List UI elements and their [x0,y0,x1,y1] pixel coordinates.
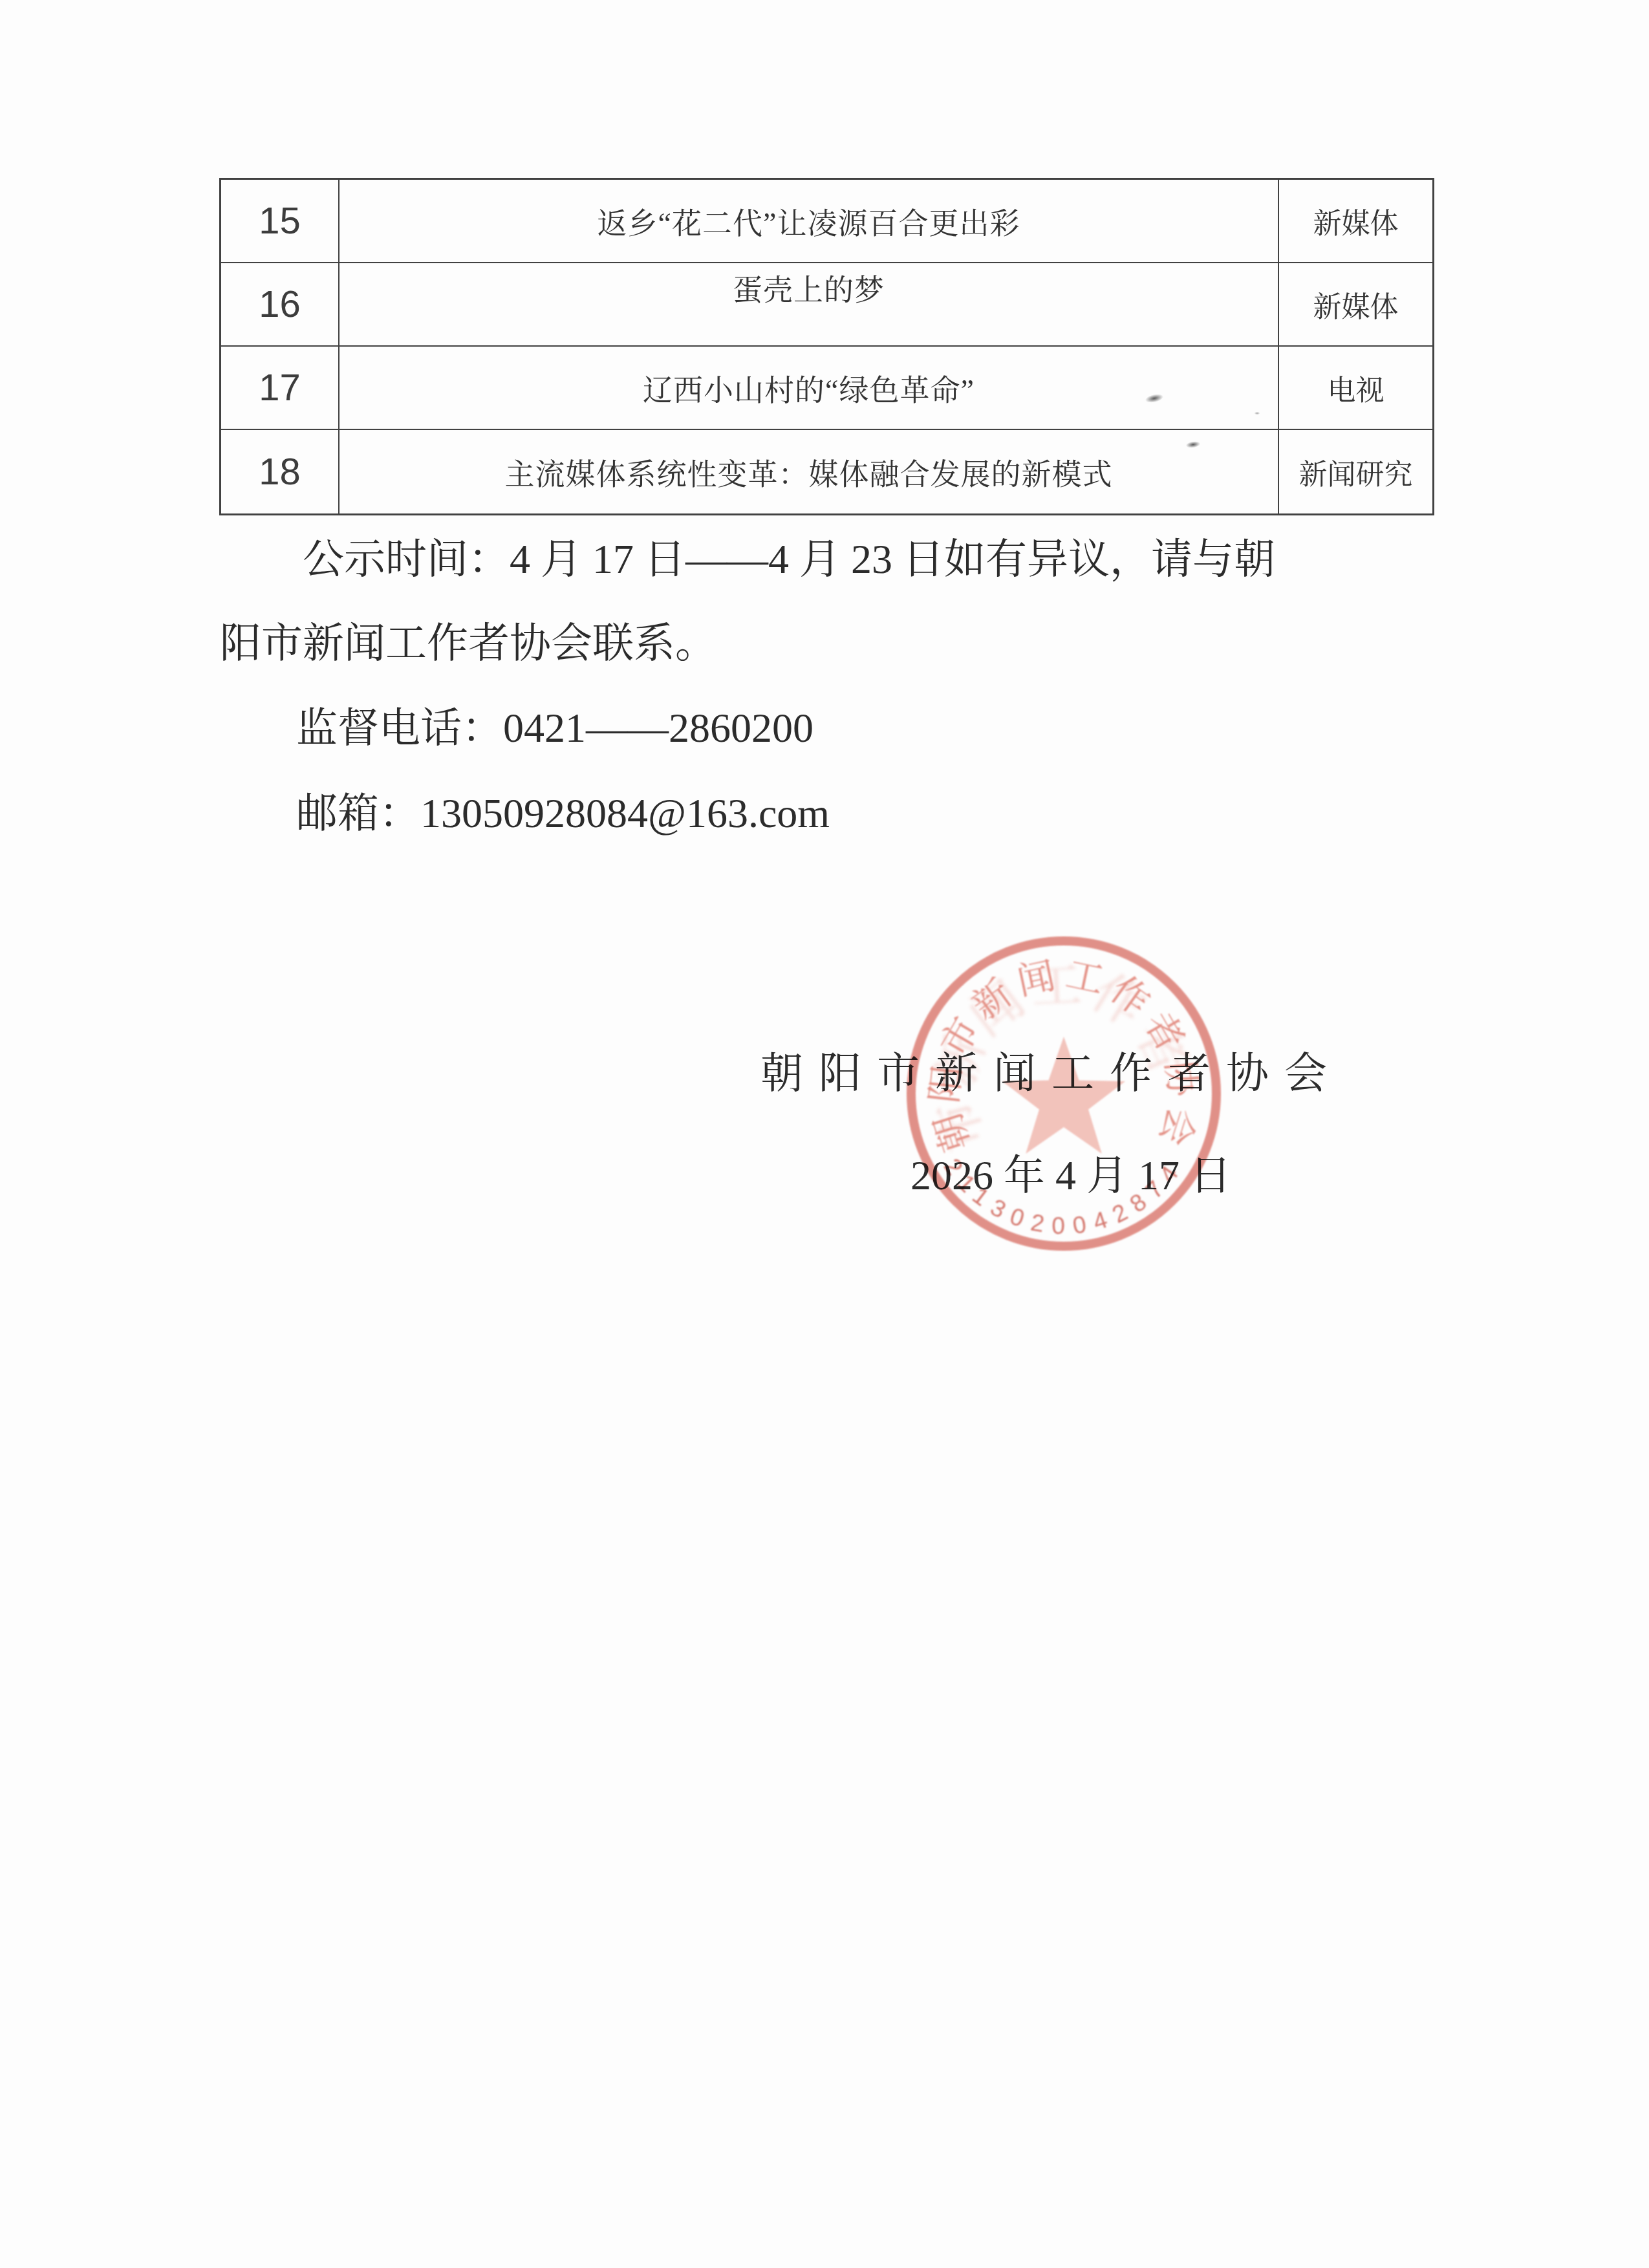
entry-number: 18 [221,430,339,513]
supervision-phone-line: 监督电话：0421——2860200 [296,707,814,749]
notice-period-line-1: 公示时间：4 月 17 日——4 月 23 日如有异议，请与朝 [303,539,1275,580]
entry-category: 新媒体 [1279,263,1432,347]
entry-number: 17 [221,347,339,430]
entry-title: 蛋壳上的梦 [339,263,1279,347]
entry-category: 新媒体 [1279,180,1432,263]
entry-title: 返乡“花二代”让凌源百合更出彩 [339,180,1279,263]
award-entries-table: 15 返乡“花二代”让凌源百合更出彩 新媒体 16 蛋壳上的梦 新媒体 17 辽… [219,178,1434,515]
entry-number: 16 [221,263,339,347]
entry-title: 主流媒体系统性变革：媒体融合发展的新模式 [339,430,1279,513]
seal-star-icon [1002,1037,1125,1154]
contact-email-line: 邮箱：13050928084@163.com [296,793,830,834]
entry-category: 新闻研究 [1279,430,1432,513]
ink-smudge [1253,411,1261,415]
scanned-document-page: 15 返乡“花二代”让凌源百合更出彩 新媒体 16 蛋壳上的梦 新媒体 17 辽… [0,0,1649,2268]
notice-period-line-2: 阳市新闻工作者协会联系。 [220,623,717,664]
entry-title: 辽西小山村的“绿色革命” [339,347,1279,430]
entry-number: 15 [221,180,339,263]
seal-code: 2113020042874 [939,1154,1189,1239]
official-seal: 朝阳市新闻工作者协会 朝阳市新闻工作者协会 2113020042874 [902,932,1225,1255]
entry-category: 电视 [1279,347,1432,430]
